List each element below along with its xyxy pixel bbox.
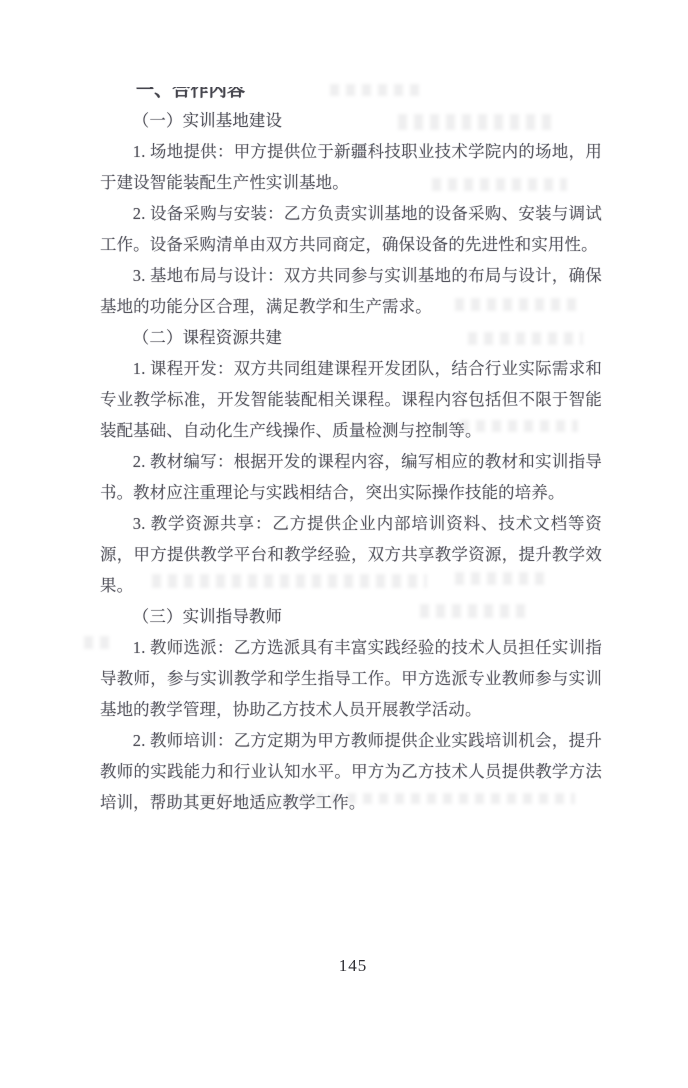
section-title-2: （二）课程资源共建	[100, 322, 602, 353]
paragraph-1-1: 1. 场地提供：甲方提供位于新疆科技职业技术学院内的场地，用于建设智能装配生产性…	[100, 136, 602, 198]
paragraph-1-2: 2. 设备采购与安装：乙方负责实训基地的设备采购、安装与调试工作。设备采购清单由…	[100, 198, 602, 260]
document-body: 一、合作内容 （一）实训基地建设 1. 场地提供：甲方提供位于新疆科技职业技术学…	[100, 87, 602, 818]
paragraph-2-2: 2. 教材编写：根据开发的课程内容，编写相应的教材和实训指导书。教材应注重理论与…	[100, 446, 602, 508]
paragraph-3-1: 1. 教师选派：乙方选派具有丰富实践经验的技术人员担任实训指导教师，参与实训教学…	[100, 632, 602, 725]
paragraph-1-3: 3. 基地布局与设计：双方共同参与实训基地的布局与设计，确保基地的功能分区合理，…	[100, 260, 602, 322]
section-title-3: （三）实训指导教师	[100, 601, 602, 632]
document-heading: 一、合作内容	[100, 87, 602, 101]
paragraph-2-1: 1. 课程开发：双方共同组建课程开发团队，结合行业实际需求和专业教学标准，开发智…	[100, 353, 602, 446]
page-number: 145	[0, 956, 688, 976]
document-heading-clip: 一、合作内容	[100, 87, 602, 101]
document-page: 一、合作内容 （一）实训基地建设 1. 场地提供：甲方提供位于新疆科技职业技术学…	[0, 0, 688, 1088]
section-title-1: （一）实训基地建设	[100, 105, 602, 136]
paragraph-3-2: 2. 教师培训：乙方定期为甲方教师提供企业实践培训机会，提升教师的实践能力和行业…	[100, 725, 602, 818]
paragraph-2-3: 3. 教学资源共享：乙方提供企业内部培训资料、技术文档等资源，甲方提供教学平台和…	[100, 508, 602, 601]
